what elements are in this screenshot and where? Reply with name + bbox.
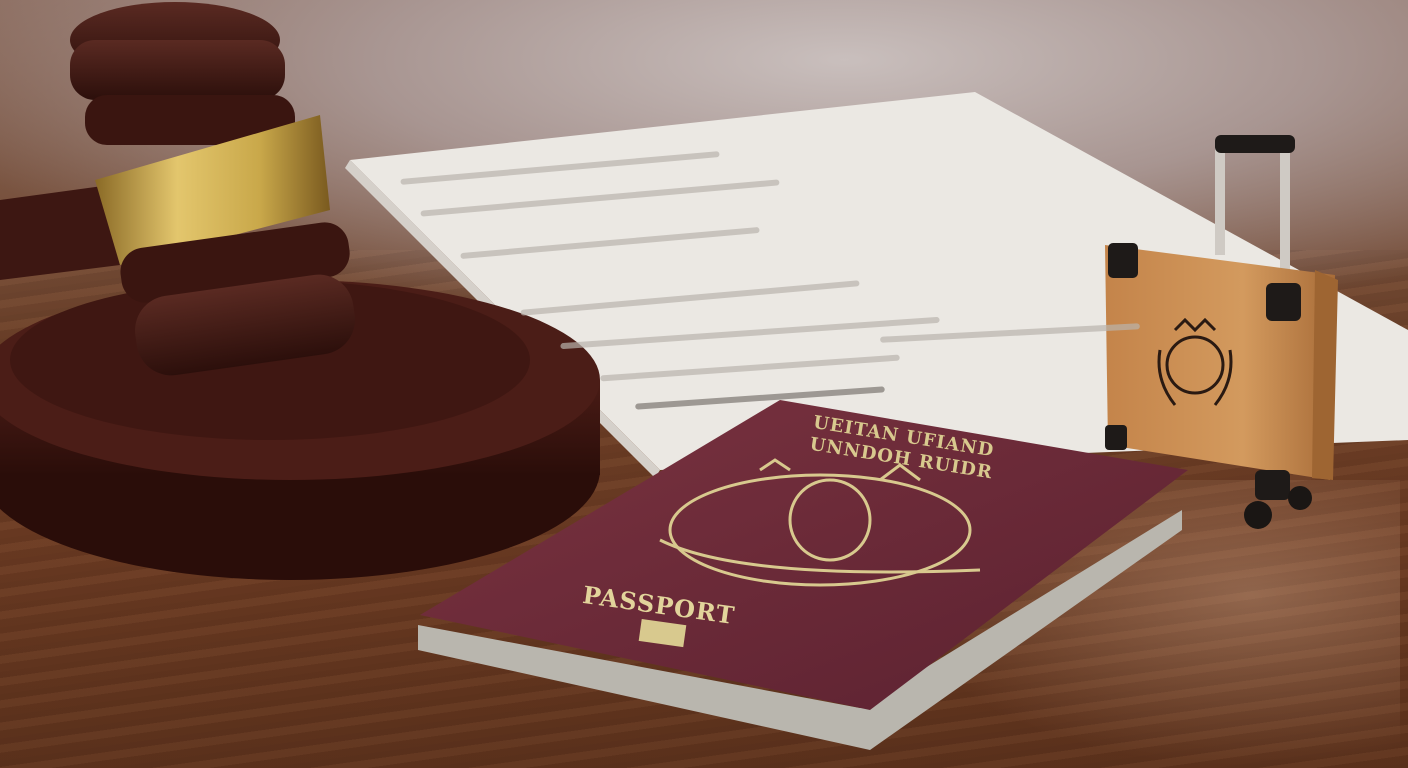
scene-illustration xyxy=(0,0,1408,768)
